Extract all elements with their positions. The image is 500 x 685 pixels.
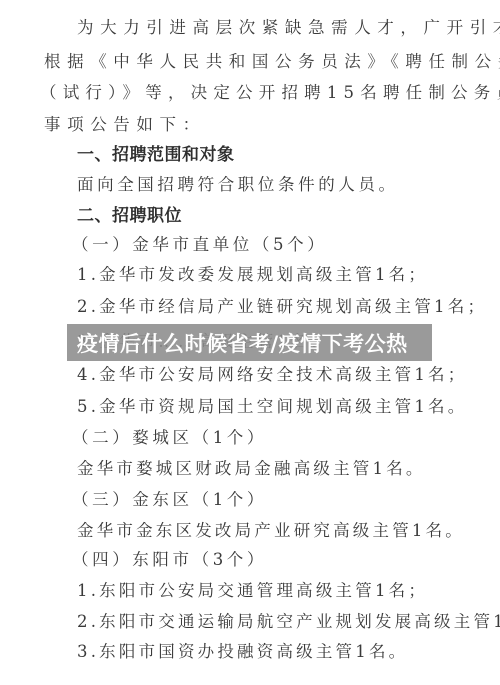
list-item: 4.金华市公安局网络安全技术高级主管1名； [77,365,467,385]
intro-line-1: 为大力引进高层次紧缺急需人才，广开引才聚才之路， [77,18,500,38]
list-item: 2.金华市经信局产业链研究规划高级主管1名； [77,297,487,317]
group-title: （四）东阳市（3个） [72,550,267,570]
group-title: （三）金东区（1个） [72,490,267,510]
section2-heading: 二、招聘职位 [77,206,182,226]
title-overlay-banner: 疫情后什么时候省考/疫情下考公热 [67,324,432,361]
intro-line-3: （试行）》等，决定公开招聘15名聘任制公务员。现将有关 [40,83,500,103]
list-item: 金华市婺城区财政局金融高级主管1名。 [77,459,426,479]
group-title: （二）婺城区（1个） [72,428,267,448]
section1-heading: 一、招聘范围和对象 [77,145,235,165]
list-item: 5.金华市资规局国土空间规划高级主管1名。 [77,397,467,417]
list-item: 3.东阳市国资办投融资高级主管1名。 [77,642,408,662]
list-item: 金华市金东区发改局产业研究高级主管1名。 [77,521,465,541]
intro-line-4: 事项公告如下： [44,115,206,135]
list-item: 1.金华市发改委发展规划高级主管1名； [77,265,428,285]
overlay-title: 疫情后什么时候省考/疫情下考公热 [67,328,408,358]
section1-body: 面向全国招聘符合职位条件的人员。 [77,175,399,195]
intro-line-2: 根据《中华人民共和国公务员法》《聘任制公务员管理规定 [44,52,500,72]
list-item: 1.东阳市公安局交通管理高级主管1名； [77,581,428,601]
list-item: 2.东阳市交通运输局航空产业规划发展高级主管1名； [77,612,500,632]
group-title: （一）金华市直单位（5个） [72,235,327,255]
